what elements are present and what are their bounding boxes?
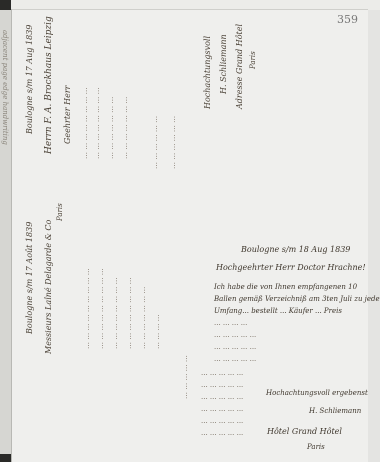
letter-body-line: ... ... ... ... ... (201, 369, 243, 377)
rotated-city-2: Paris (56, 203, 64, 221)
rotated-body-line: … … … … … … (151, 116, 159, 169)
letter-signature: H. Schliemann (309, 407, 361, 415)
letter-city: Paris (307, 443, 325, 451)
rotated-body-line: … … … … (153, 314, 161, 349)
rotated-body-line: … … … … … … … (121, 97, 129, 159)
rotated-closing: Hochachtungsvoll (203, 36, 212, 109)
scan-corner-dark-bottom (0, 454, 11, 462)
letter-page: 359 Boulogne s/m 17 Aug 1839 Herrn F. A.… (11, 9, 368, 462)
rotated-body-line: … … … … … (181, 355, 189, 399)
letter-closing: Hochachtungsvoll ergebenst (266, 389, 368, 397)
adjacent-page-strip: adjacent page edge handwriting (0, 10, 11, 462)
rotated-body-line: … … … … … … … (107, 97, 115, 159)
rotated-body-line: … … … … … … … … (93, 87, 101, 159)
letter-body-line: ... ... ... ... ... (214, 331, 256, 339)
letter-body-line: ... ... ... ... ... (201, 429, 243, 437)
letter-address: Hôtel Grand Hôtel (267, 427, 342, 436)
letter-body-line: ... ... ... ... ... (201, 393, 243, 401)
rotated-body-line: … … … … … … … … … (97, 268, 105, 349)
rotated-body-line: … … … … … … … … … (83, 268, 91, 349)
page-number: 359 (337, 13, 358, 26)
letter-body-line: ... ... ... ... ... (214, 355, 256, 363)
scan-corner-dark (0, 0, 11, 10)
rotated-place-date-2: Boulogne s/m 17 Août 1839 (25, 222, 34, 334)
letter-body-line: ... ... ... ... ... (214, 343, 256, 351)
rotated-city: Paris (249, 51, 257, 69)
letter-place-date: Boulogne s/m 18 Aug 1839 (241, 245, 350, 254)
rotated-body-line: … … … … … … … (139, 287, 147, 349)
rotated-recipient: Herrn F. A. Brockhaus Leipzig (44, 16, 54, 154)
rotated-recipient-2: Messieurs Laîné Delagarde & Co (44, 220, 53, 354)
rotated-salutation: Geehrter Herr (63, 85, 72, 144)
rotated-body-line: … … … … … … (169, 116, 177, 169)
rotated-place-date: Boulogne s/m 17 Aug 1839 (25, 25, 34, 134)
letter-body-line: Ich habe die von Ihnen empfangenen 10 (214, 283, 357, 291)
rotated-signature: H. Schliemann (219, 34, 228, 94)
rotated-body-line: … … … … … … … … (111, 277, 119, 349)
letter-body-line: Umfang... bestellt ... Käufer ... Preis (214, 307, 342, 315)
letter-body-line: ... ... ... ... (214, 319, 247, 327)
letter-body-line: ... ... ... ... ... (201, 417, 243, 425)
rotated-address: Adresse Grand Hôtel (235, 24, 244, 109)
letter-salutation: Hochgeehrter Herr Doctor Hrachne! (216, 263, 366, 272)
letter-body-line: ... ... ... ... ... (201, 405, 243, 413)
rotated-body-line: … … … … … … … … (125, 277, 133, 349)
letter-body-line: ... ... ... ... ... (201, 381, 243, 389)
rotated-body-line: … … … … … … … … (81, 87, 89, 159)
letter-body-line: Ballen gemäß Verzeichniß am 3ten Juli zu… (214, 295, 380, 303)
adjacent-page-text: adjacent page edge handwriting (1, 30, 9, 145)
